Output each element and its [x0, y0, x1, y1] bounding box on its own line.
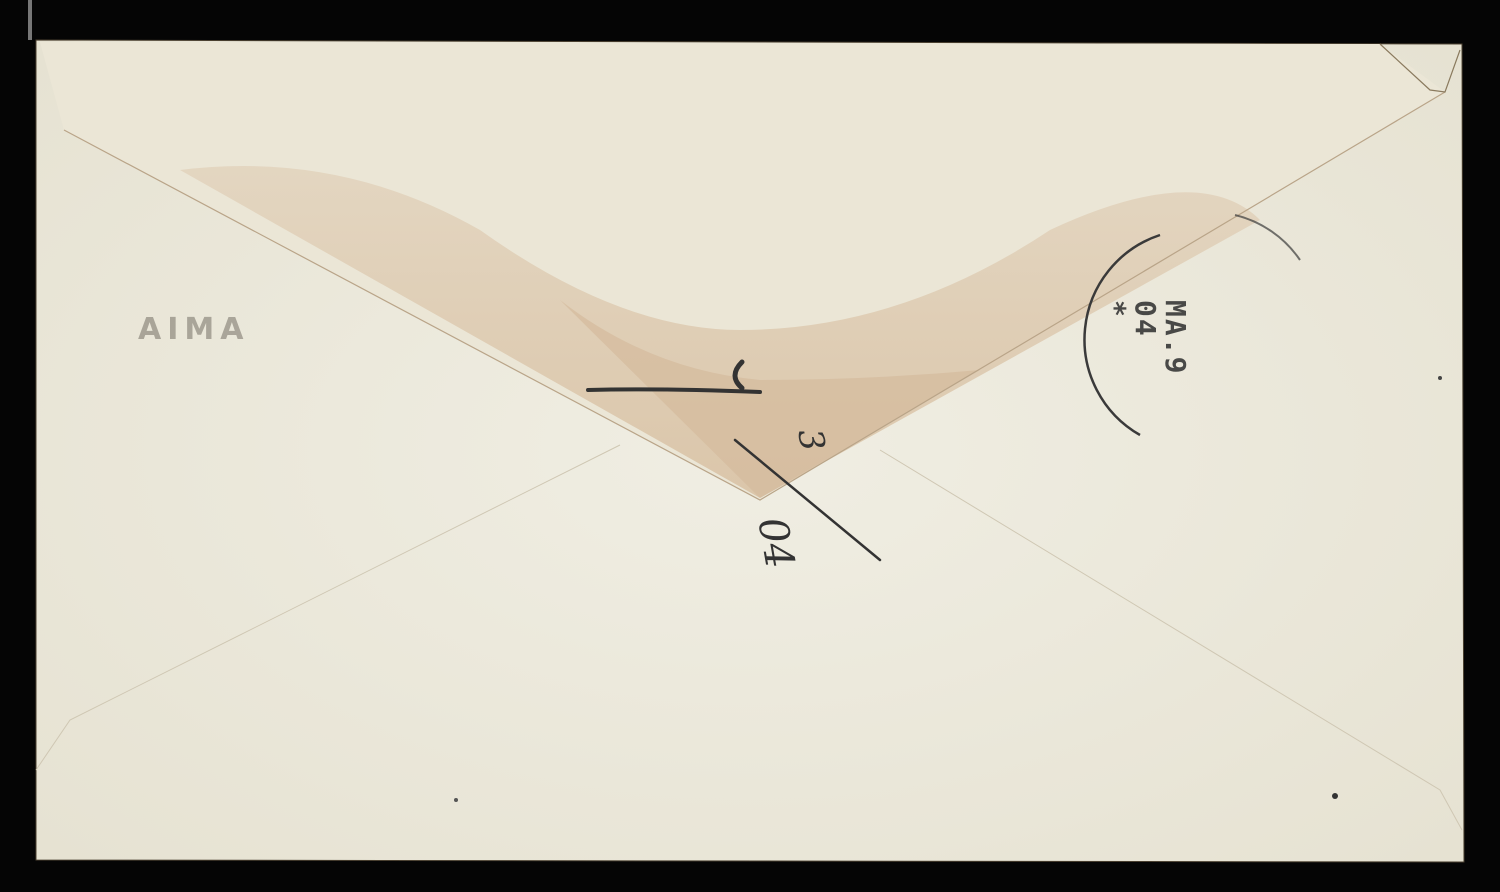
postmark-date-stamp: MA.9 04 * — [1100, 300, 1190, 375]
postmark-month-day: MA.9 — [1160, 300, 1190, 375]
manuscript-denominator: 04 — [748, 514, 802, 572]
postmark-year: 04 — [1130, 300, 1160, 375]
envelope-back — [0, 0, 1500, 892]
faint-backstamp: AIMA — [138, 312, 249, 347]
postmark-symbol: * — [1100, 300, 1130, 375]
envelope-scene: MA.9 04 * AIMA 3 04 — [0, 0, 1500, 892]
